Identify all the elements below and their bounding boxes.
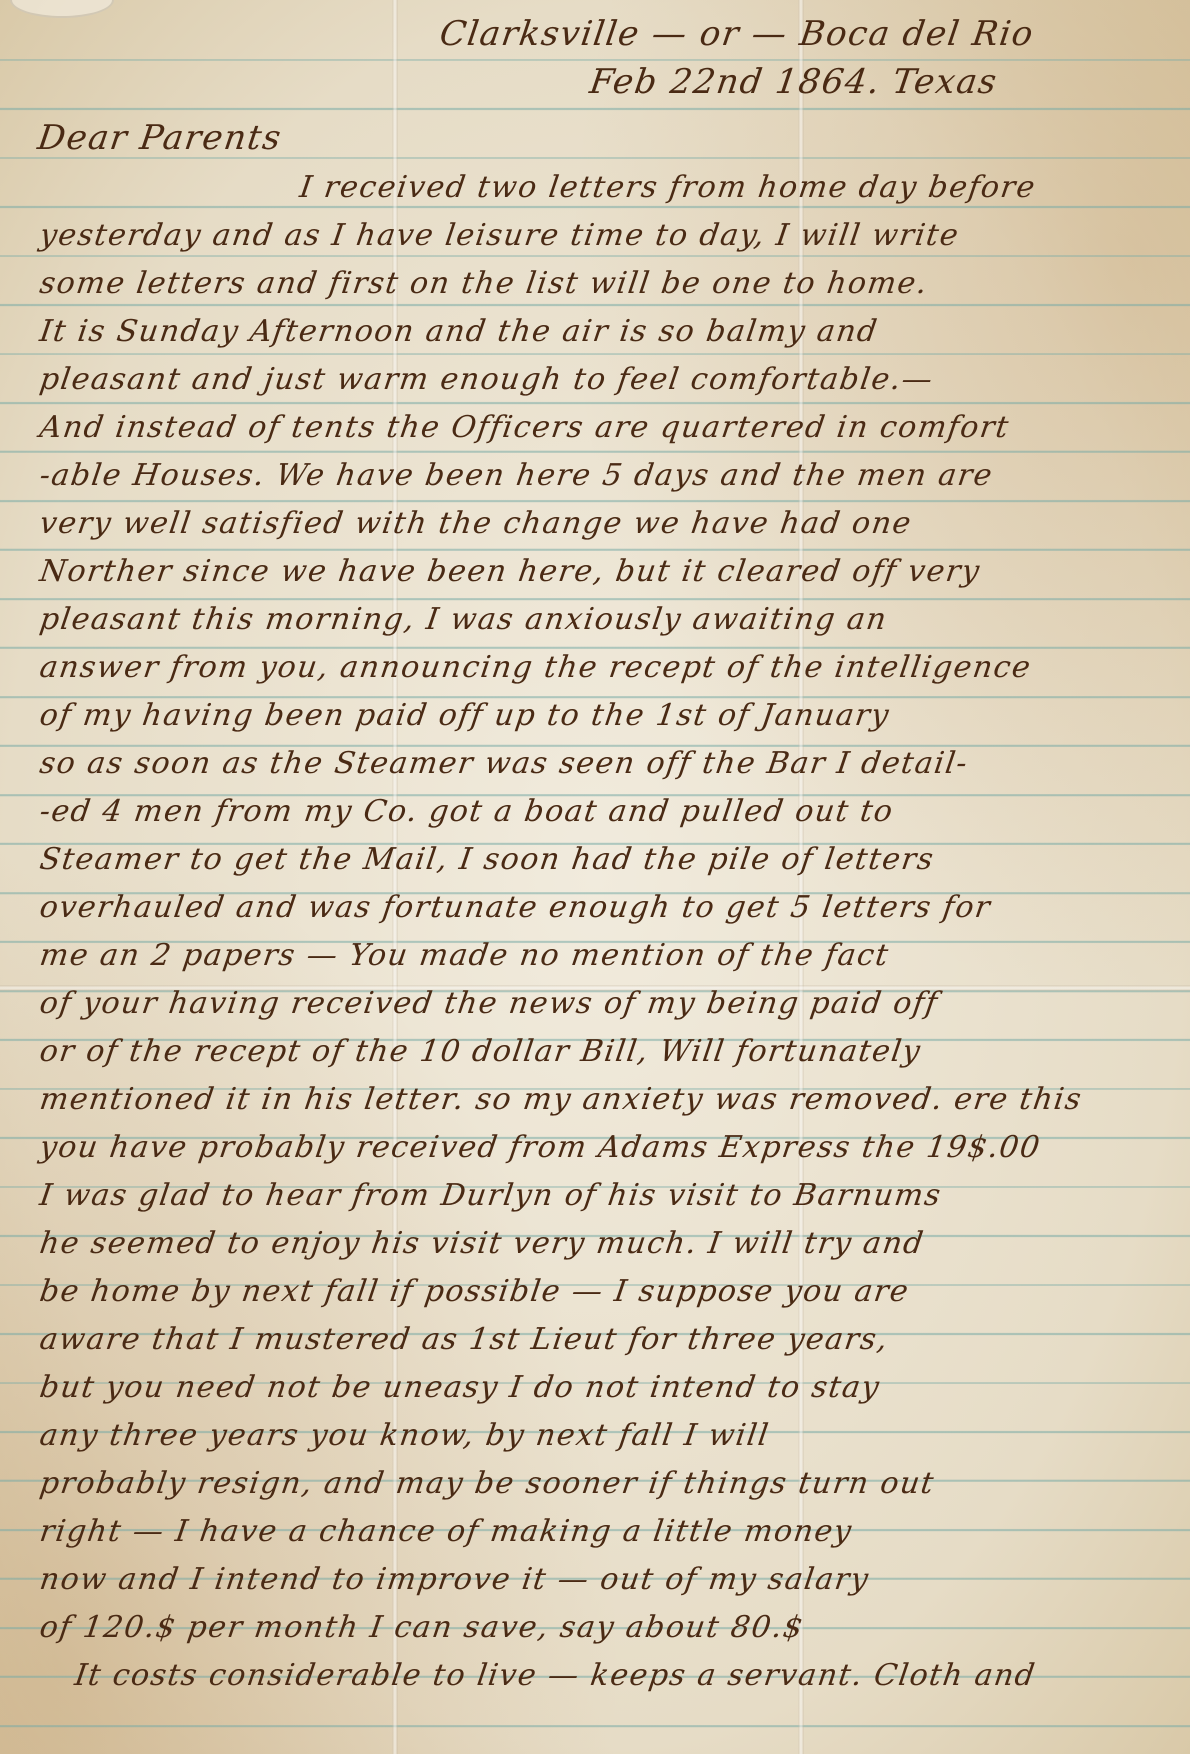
letter-line: probably resign, and may be sooner if th… [38,1466,937,1501]
letter-line: very well satisfied with the change we h… [38,506,915,541]
letter-line: answer from you, announcing the recept o… [38,650,1034,685]
letter-line: right — I have a chance of making a litt… [38,1514,855,1549]
letter-line: some letters and first on the list will … [38,266,931,301]
letter-line: I was glad to hear from Durlyn of his vi… [38,1178,944,1213]
letter-line: I received two letters from home day bef… [298,170,1039,205]
letter-line: Steamer to get the Mail, I soon had the … [38,842,937,877]
letter-line: so as soon as the Steamer was seen off t… [38,746,971,781]
letter-line: any three years you know, by next fall I… [38,1418,772,1453]
letter-line: Norther since we have been here, but it … [38,554,983,589]
letter-line: -able Houses. We have been here 5 days a… [38,458,996,493]
letter-line: pleasant this morning, I was anxiously a… [38,602,890,637]
letter-line: me an 2 papers — You made no mention of … [38,938,892,973]
letter-line: And instead of tents the Officers are qu… [38,410,1012,445]
letter-line: of my having been paid off up to the 1st… [38,698,893,733]
letter-line: or of the recept of the 10 dollar Bill, … [38,1034,924,1069]
letter-line: mentioned it in his letter. so my anxiet… [38,1082,1085,1117]
letter-date: Feb 22nd 1864. Texas [587,62,1000,102]
letter-line: It costs considerable to live — keeps a … [73,1658,1039,1693]
letter-line: yesterday and as I have leisure time to … [38,218,962,253]
letter-line: It is Sunday Afternoon and the air is so… [38,314,881,349]
letter-line: of 120.$ per month I can save, say about… [38,1610,807,1645]
letter-line: now and I intend to improve it — out of … [38,1562,872,1597]
letter-line: -ed 4 men from my Co. got a boat and pul… [38,794,896,829]
letter-page: Clarksville — or — Boca del Rio Feb 22nd… [0,0,1190,1754]
letter-line: he seemed to enjoy his visit very much. … [38,1226,927,1261]
letter-line: be home by next fall if possible — I sup… [38,1274,912,1309]
letter-line: pleasant and just warm enough to feel co… [38,362,936,397]
letter-place: Clarksville — or — Boca del Rio [437,14,1037,54]
letter-line: you have probably received from Adams Ex… [38,1130,1044,1165]
letter-line: overhauled and was fortunate enough to g… [38,890,994,925]
letter-salutation: Dear Parents [35,118,284,158]
letter-line: of your having received the news of my b… [38,986,941,1021]
letter-line: but you need not be uneasy I do not inte… [38,1370,883,1405]
letter-line: aware that I mustered as 1st Lieut for t… [38,1322,891,1357]
